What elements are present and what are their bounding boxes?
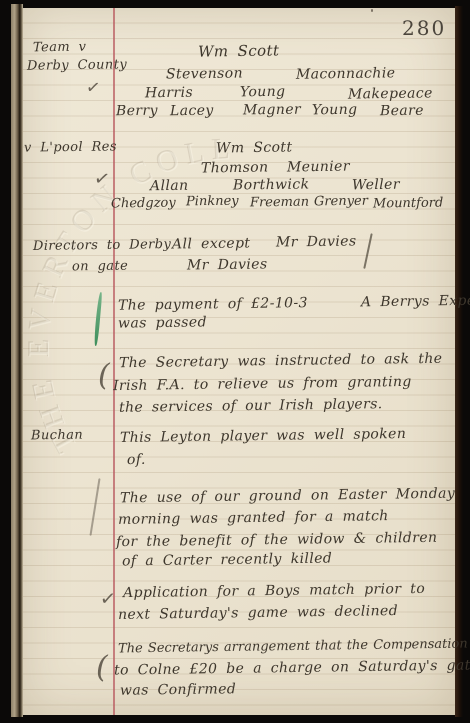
margin-tick: ( <box>96 650 108 685</box>
minute-line: All except <box>172 235 251 252</box>
player-name: Meunier <box>287 159 350 176</box>
player-name: Magner <box>243 102 301 119</box>
player-name: Harris <box>145 85 193 102</box>
minute-line: of a Carter recently killed <box>122 551 332 570</box>
page-right-edge <box>455 6 463 717</box>
player-name: Wm Scott <box>216 139 293 156</box>
player-name: Lacey <box>170 103 214 120</box>
margin-note-derby-county: Derby County <box>27 57 127 73</box>
margin-note-directors: Directors to Derby <box>33 237 171 254</box>
margin-note-on-gate: on gate <box>72 259 128 275</box>
player-name: Mountford <box>373 196 443 212</box>
minute-book-photo: THE EVERTON COLLECTION · CHARITABLE TRUS… <box>0 0 470 723</box>
player-name: Freeman <box>250 195 309 211</box>
player-name: Weller <box>352 177 400 194</box>
player-name: Thomson <box>201 160 269 177</box>
player-name: Chedgzoy <box>111 196 176 212</box>
ink-speck <box>371 9 373 12</box>
player-name: Young <box>312 102 358 119</box>
player-name: Berry <box>116 103 158 120</box>
book-page-edges <box>11 4 23 717</box>
minute-line: Mr Davies <box>276 233 357 250</box>
player-name: Borthwick <box>233 176 310 193</box>
player-name: Grenyer <box>314 194 368 210</box>
player-name: Pinkney <box>186 194 239 210</box>
margin-note-team-v: Team v <box>33 40 87 56</box>
page-number: 280 <box>402 16 446 40</box>
player-name: Young <box>240 84 286 101</box>
player-name: Wm Scott <box>198 41 280 60</box>
minute-line: of. <box>127 452 146 468</box>
margin-tick: ✓ <box>99 587 117 611</box>
player-name: Makepeace <box>348 85 433 102</box>
margin-tick: ( <box>98 358 110 393</box>
minute-line: was Confirmed <box>120 681 236 699</box>
check-mark-team: ✓ <box>85 77 102 99</box>
margin-note-lpool-res: v L'pool Res <box>24 139 117 155</box>
player-name: Allan <box>150 178 189 195</box>
margin-note-buchan: Buchan <box>31 428 83 444</box>
player-name: Beare <box>380 103 424 120</box>
minute-line: Mr Davies <box>187 256 268 273</box>
minute-line: was passed <box>118 314 207 331</box>
player-name: Maconnachie <box>296 65 396 82</box>
player-name: Stevenson <box>166 65 243 82</box>
